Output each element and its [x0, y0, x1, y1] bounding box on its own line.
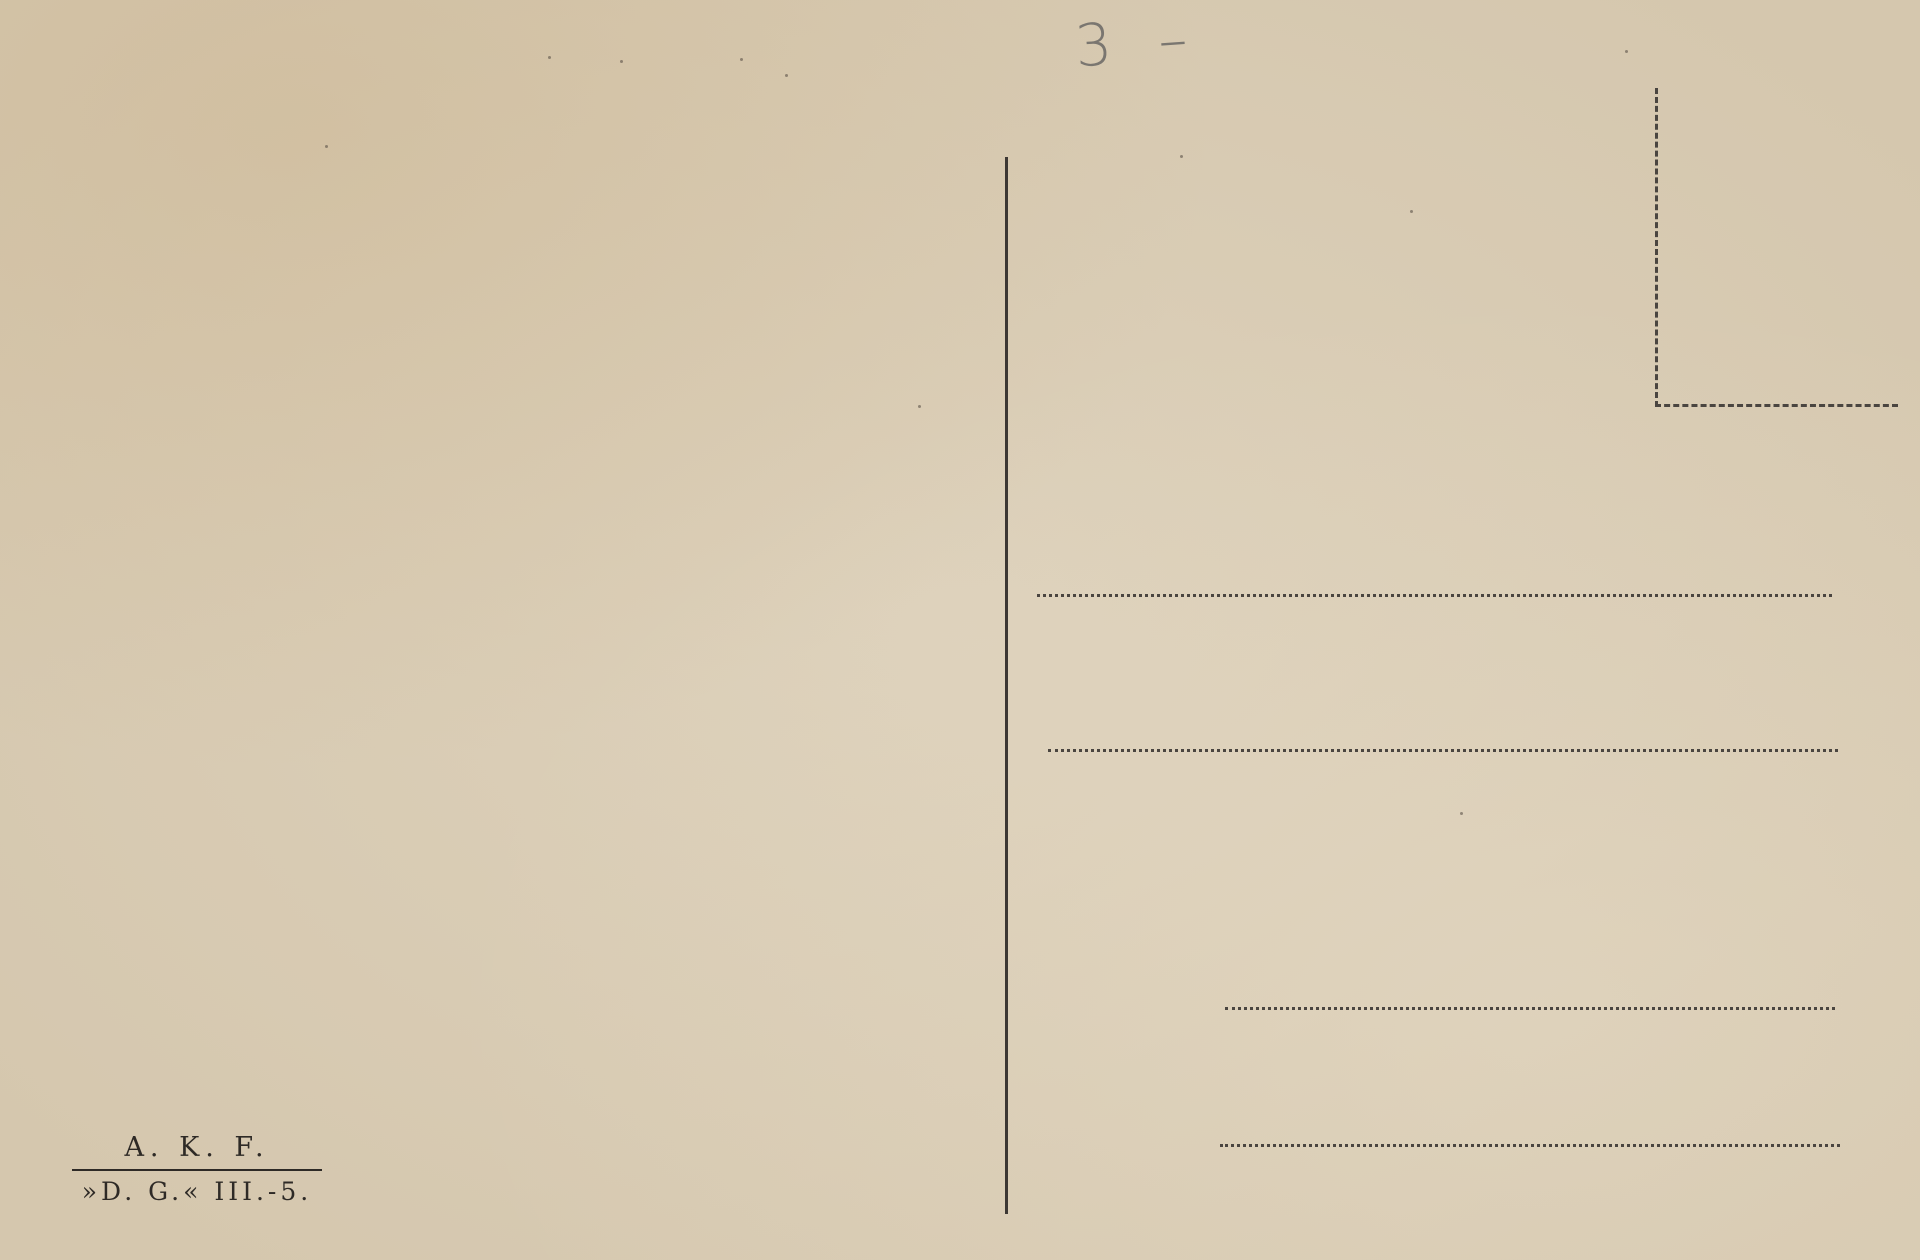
ink-speck	[1625, 50, 1628, 53]
address-line-1[interactable]	[1037, 594, 1832, 597]
ink-speck	[1460, 812, 1463, 815]
publisher-initials: A. K. F.	[72, 1132, 322, 1171]
publisher-mark: A. K. F. »D. G.« III.-5.	[72, 1132, 322, 1206]
postcard-back: 3 – A. K. F. »D. G.« III.-5.	[0, 0, 1920, 1260]
ink-speck	[1410, 210, 1413, 213]
publisher-series: »D. G.« III.-5.	[72, 1171, 322, 1206]
address-line-3[interactable]	[1225, 1007, 1835, 1010]
ink-speck	[620, 60, 623, 63]
address-line-2[interactable]	[1048, 749, 1838, 752]
pencil-annotation: 3 –	[1073, 4, 1204, 81]
address-line-4[interactable]	[1220, 1144, 1840, 1147]
message-address-divider	[1005, 157, 1008, 1214]
ink-speck	[785, 74, 788, 77]
ink-speck	[1180, 155, 1183, 158]
stamp-box	[1655, 88, 1898, 407]
message-area[interactable]	[40, 140, 980, 1100]
ink-speck	[548, 56, 551, 59]
ink-speck	[740, 58, 743, 61]
